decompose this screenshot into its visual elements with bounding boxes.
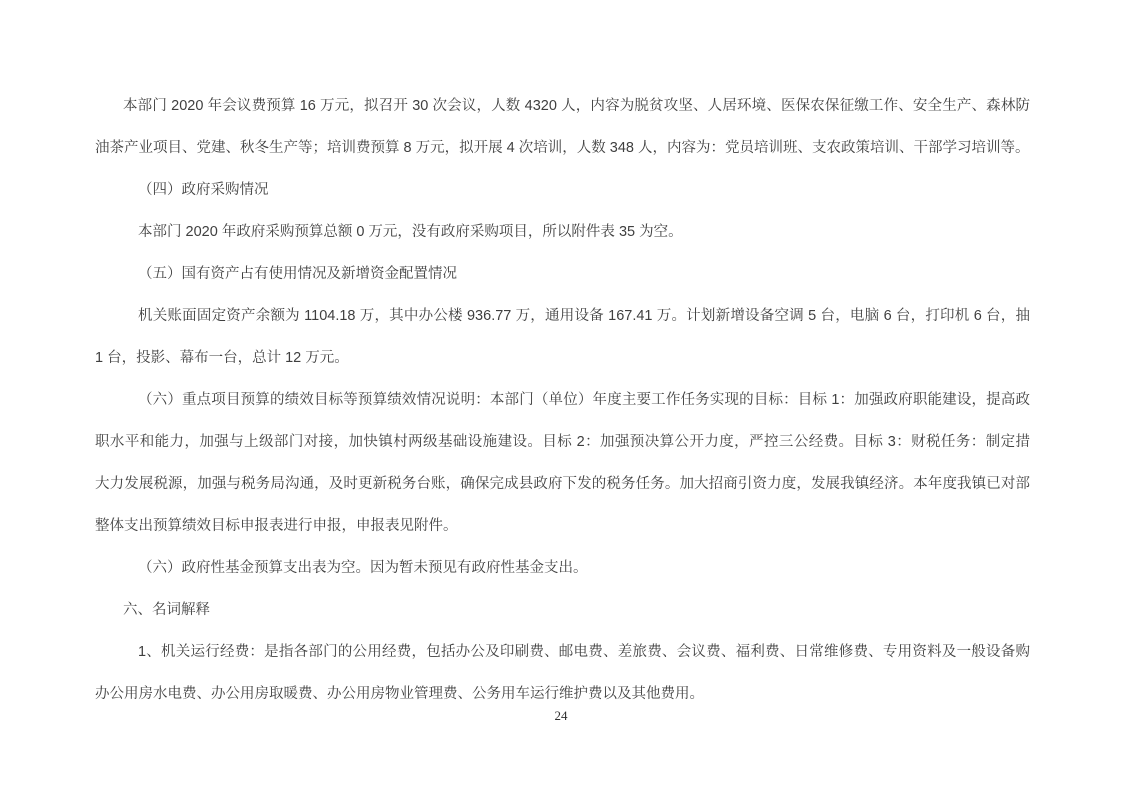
paragraph-performance-goals-line-3: 大力发展税源，加强与税务局沟通，及时更新税务台账，确保完成县政府下发的税务任务。… <box>95 463 1030 505</box>
paragraph-procurement: 本部门 2020 年政府采购预算总额 0 万元，没有政府采购项目，所以附件表 3… <box>95 211 1030 253</box>
document-body: 本部门 2020 年会议费预算 16 万元，拟召开 30 次会议，人数 4320… <box>95 85 1030 715</box>
section-heading-5-state-assets: （五）国有资产占有使用情况及新增资金配置情况 <box>95 253 1030 295</box>
paragraph-gov-fund-budget: （六）政府性基金预算支出表为空。因为暂未预见有政府性基金支出。 <box>95 547 1030 589</box>
document-page: 本部门 2020 年会议费预算 16 万元，拟召开 30 次会议，人数 4320… <box>0 0 1122 793</box>
page-number: 24 <box>0 708 1122 724</box>
paragraph-performance-goals-line-2: 职水平和能力，加强与上级部门对接，加快镇村两级基础设施建设。目标 2：加强预决算… <box>95 421 1030 463</box>
paragraph-fixed-assets-line-1: 机关账面固定资产余额为 1104.18 万，其中办公楼 936.77 万，通用设… <box>95 295 1030 337</box>
paragraph-conference-budget-line-1: 本部门 2020 年会议费预算 16 万元，拟召开 30 次会议，人数 4320… <box>95 85 1030 127</box>
paragraph-performance-goals-line-1: （六）重点项目预算的绩效目标等预算绩效情况说明：本部门（单位）年度主要工作任务实… <box>95 379 1030 421</box>
paragraph-fixed-assets-line-2: 1 台，投影、幕布一台，总计 12 万元。 <box>95 337 1030 379</box>
paragraph-operating-expense-line-1: 1、机关运行经费：是指各部门的公用经费，包括办公及印刷费、邮电费、差旅费、会议费… <box>95 631 1030 673</box>
paragraph-conference-budget-line-2: 油茶产业项目、党建、秋冬生产等；培训费预算 8 万元，拟开展 4 次培训，人数 … <box>95 127 1030 169</box>
paragraph-performance-goals-line-4: 整体支出预算绩效目标申报表进行申报，申报表见附件。 <box>95 505 1030 547</box>
section-heading-4-procurement: （四）政府采购情况 <box>95 169 1030 211</box>
section-heading-6-glossary: 六、名词解释 <box>95 589 1030 631</box>
